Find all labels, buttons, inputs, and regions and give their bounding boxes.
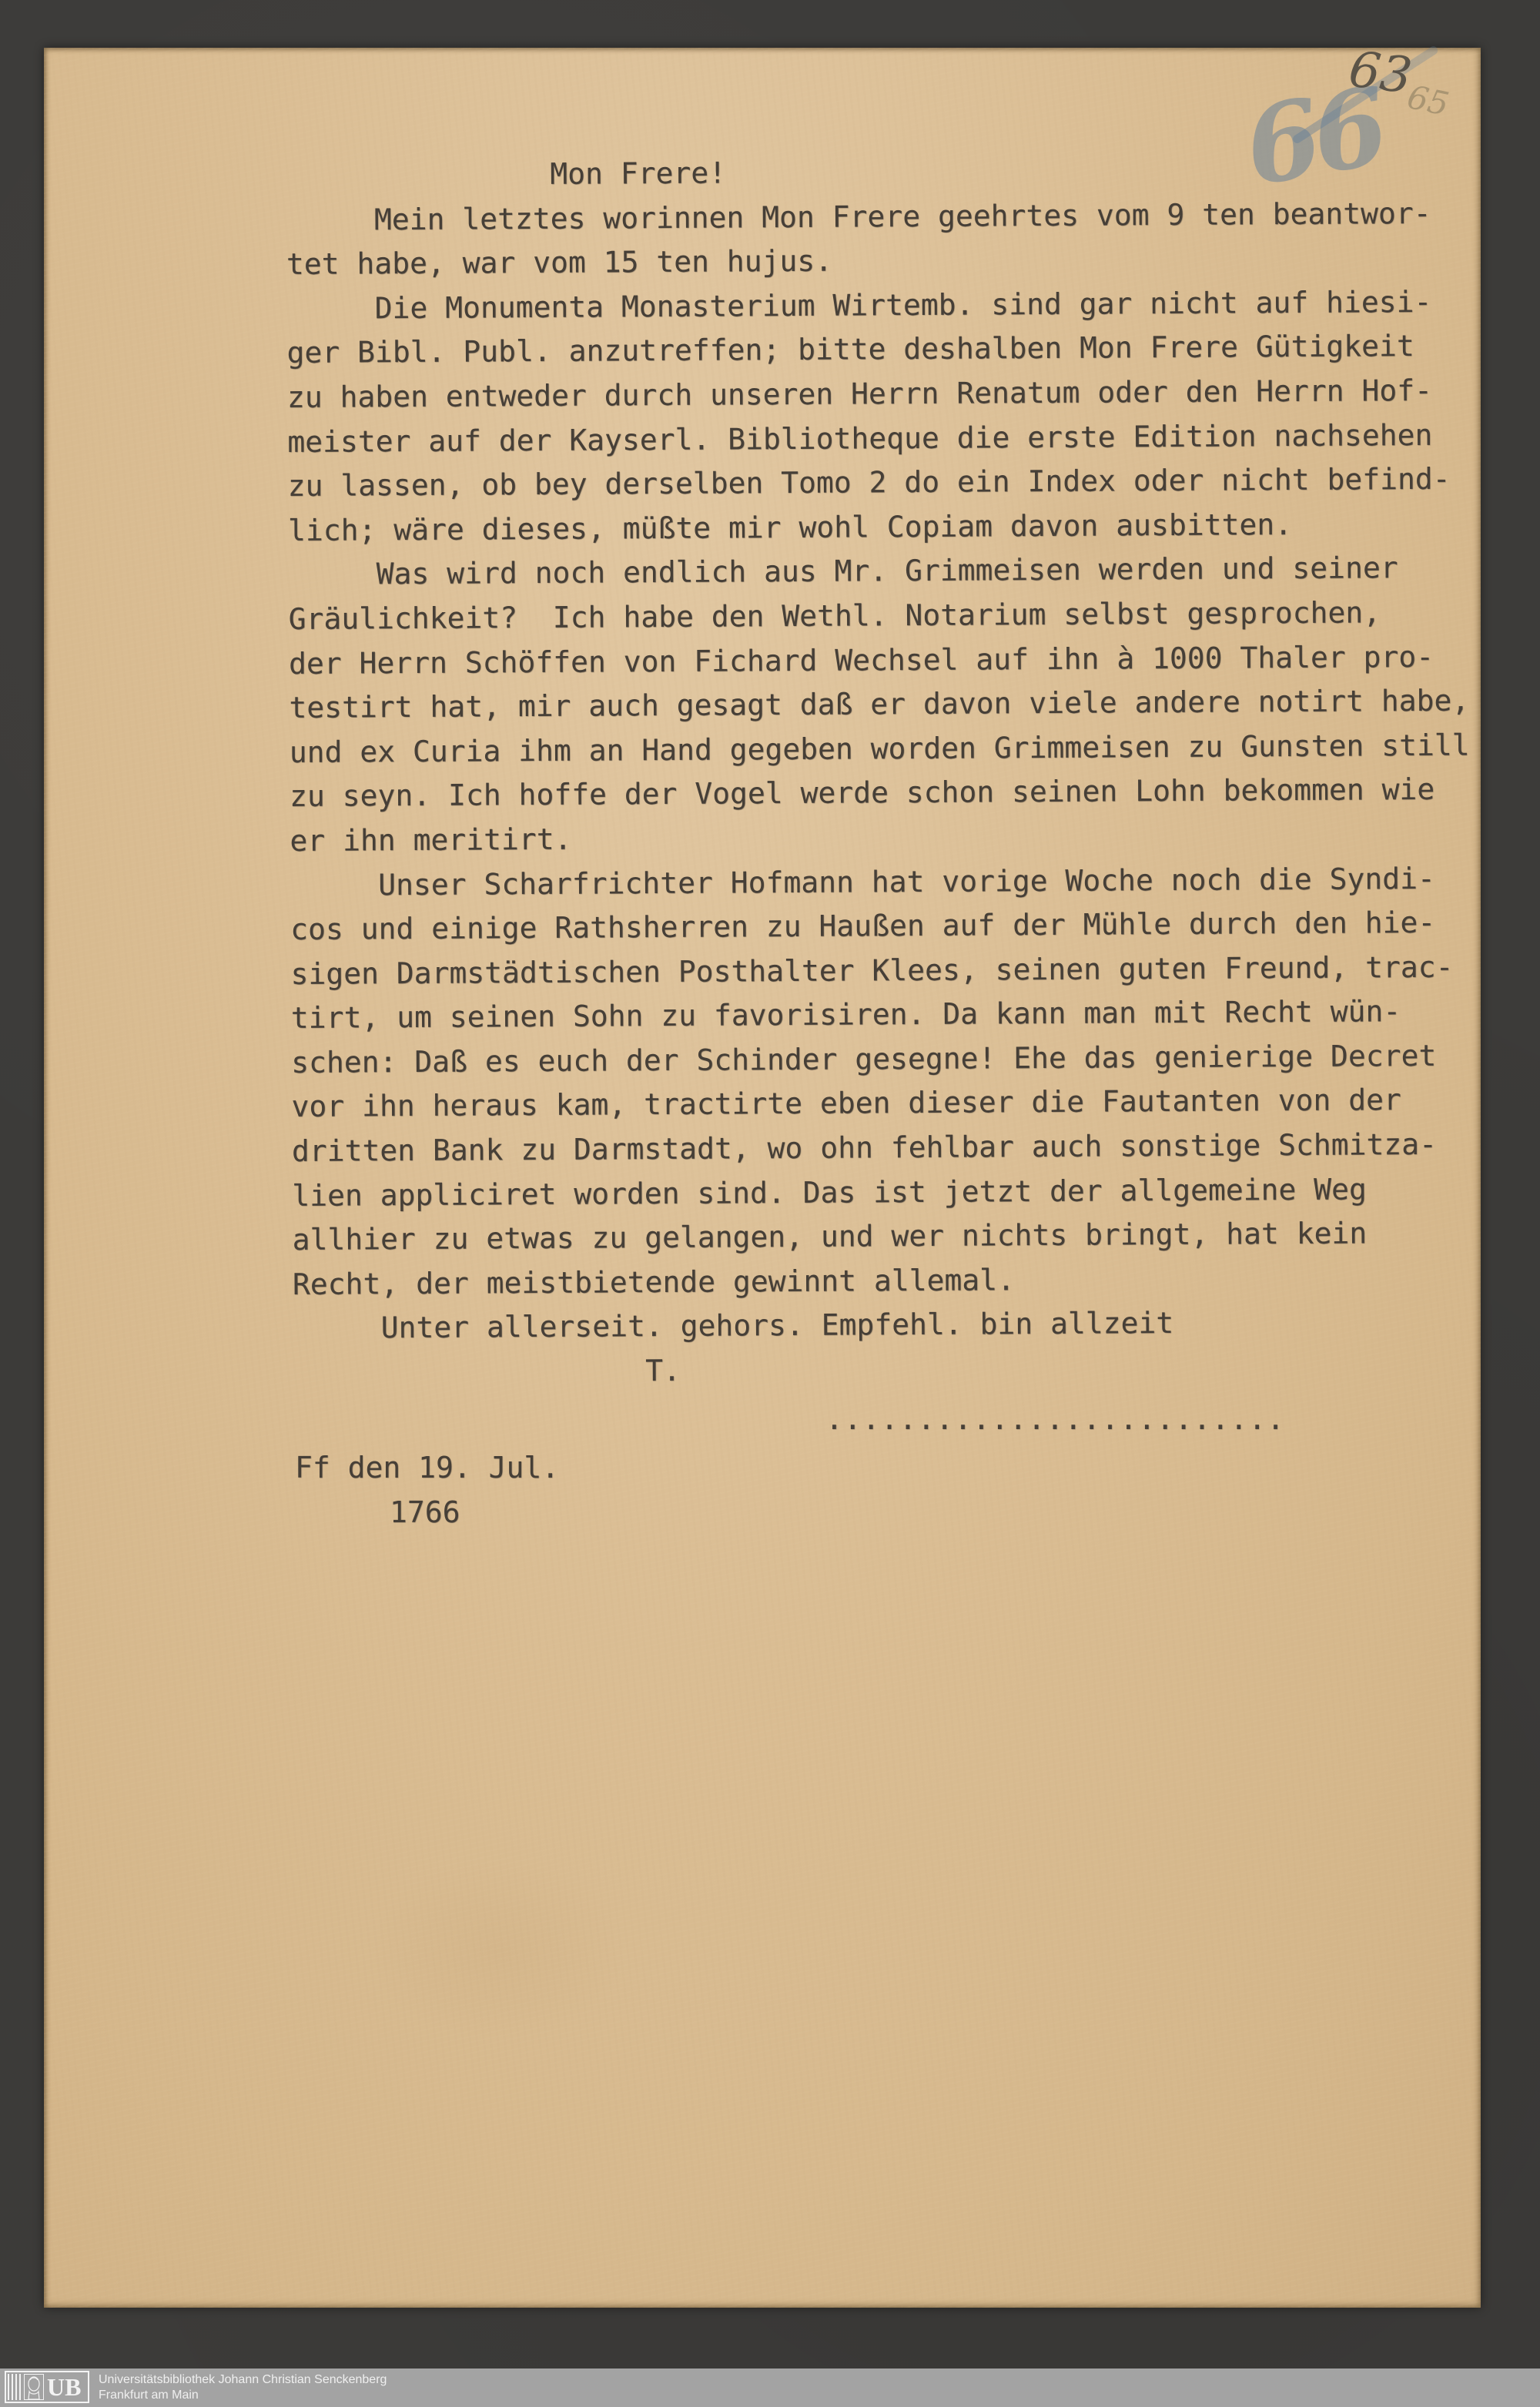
letter-text: Mon Frere! Mein letztes worinnen Mon Fre… xyxy=(286,147,1474,1396)
letter-line: tet habe, war vom 15 ten hujus. xyxy=(286,236,1467,287)
signature-dotted-line: ......................... xyxy=(825,1398,1285,1442)
institution-line2: Frankfurt am Main xyxy=(99,2388,387,2403)
letter-line: und ex Curia ihm an Hand gegeben worden … xyxy=(290,723,1470,775)
institution-name: Universitätsbibliothek Johann Christian … xyxy=(99,2372,387,2403)
goethe-portrait-icon xyxy=(24,2374,44,2400)
letter-line: T. xyxy=(293,1344,1473,1396)
letter-line: zu lassen, ob bey derselben Tomo 2 do ei… xyxy=(287,457,1468,509)
letter-line: der Herrn Schöffen von Fichard Wechsel a… xyxy=(289,634,1469,686)
letter-line: lien appliciret worden sind. Das ist jet… xyxy=(292,1167,1472,1218)
letter-line: meister auf der Kayserl. Bibliotheque di… xyxy=(287,413,1468,464)
scanned-letter-page: 66 63 65 Mon Frere! Mein letztes worinne… xyxy=(0,0,1540,2407)
letter-line: lich; wäre dieses, müßte mir wohl Copiam… xyxy=(288,501,1468,553)
letter-line: tirt, um seinen Sohn zu favorisiren. Da … xyxy=(291,989,1471,1041)
paper-stain xyxy=(367,1857,629,2042)
letter-line: er ihn meritirt. xyxy=(290,812,1470,864)
letter-line: Mein letztes worinnen Mon Frere geehrtes… xyxy=(286,191,1466,243)
handwritten-number-pencil: 63 xyxy=(1346,41,1415,105)
library-footer-bar: UB Universitätsbibliothek Johann Christi… xyxy=(0,2369,1540,2407)
letter-line: dritten Bank zu Darmstadt, wo ohn fehlba… xyxy=(292,1123,1472,1174)
letter-line: allhier zu etwas zu gelangen, und wer ni… xyxy=(292,1211,1472,1263)
letter-line: vor ihn heraus kam, tractirte eben diese… xyxy=(291,1078,1471,1130)
letter-line: Unser Scharfrichter Hofmann hat vorige W… xyxy=(290,856,1471,908)
letter-line: schen: Daß es euch der Schinder gesegne!… xyxy=(291,1033,1471,1085)
book-spines-icon xyxy=(8,2374,21,2400)
letter-line: Recht, der meistbietende gewinnt allemal… xyxy=(293,1255,1473,1307)
date-place-line: Ff den 19. Jul. xyxy=(295,1446,559,1491)
letter-line: Mon Frere! xyxy=(286,147,1466,199)
letter-line: zu haben entweder durch unseren Herrn Re… xyxy=(287,369,1468,420)
letter-line: Unter allerseit. gehors. Empfehl. bin al… xyxy=(293,1300,1473,1351)
institution-line1: Universitätsbibliothek Johann Christian … xyxy=(99,2372,387,2388)
ub-logo: UB xyxy=(5,2371,89,2403)
letter-line: sigen Darmstädtischen Posthalter Klees, … xyxy=(290,945,1471,996)
letter-line: cos und einige Rathsherren zu Haußen auf… xyxy=(290,901,1471,952)
letter-line: ger Bibl. Publ. anzutreffen; bitte desha… xyxy=(286,324,1467,376)
letter-line: zu seyn. Ich hoffe der Vogel werde schon… xyxy=(290,768,1470,819)
ub-logo-acronym: UB xyxy=(47,2375,81,2399)
letter-line: Gräulichkeit? Ich habe den Wethl. Notari… xyxy=(289,591,1469,642)
year-line: 1766 xyxy=(390,1491,460,1535)
letter-line: Die Monumenta Monasterium Wirtemb. sind … xyxy=(286,280,1467,331)
letter-line: Was wird noch endlich aus Mr. Grimmeisen… xyxy=(288,546,1468,598)
letter-line: testirt hat, mir auch gesagt daß er davo… xyxy=(289,679,1469,731)
